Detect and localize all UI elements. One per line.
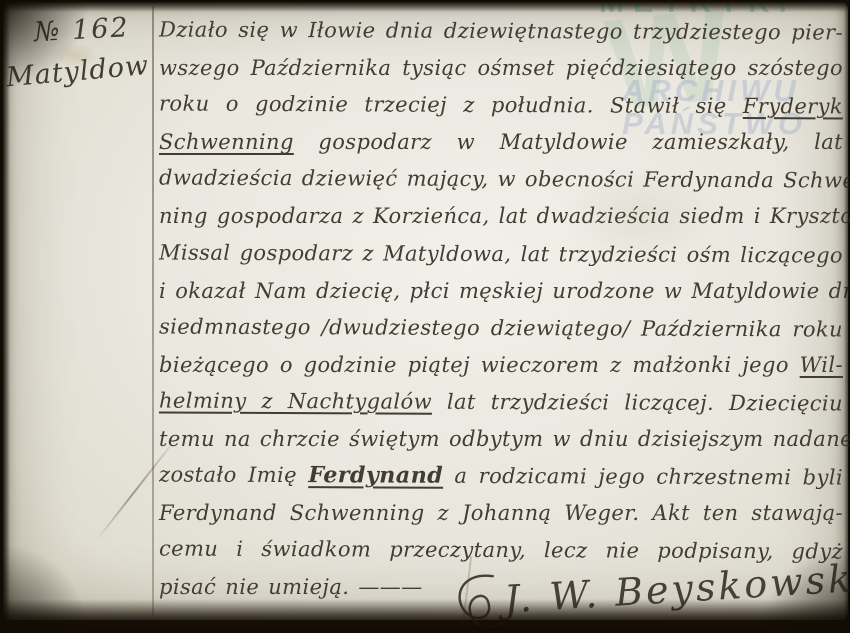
record-line: dwadzieścia dziewięć mający, w obecności… <box>159 160 843 200</box>
record-line-segment: Wil- <box>800 353 843 377</box>
record-line: Działo się w Iłowie dnia dziewiętnastego… <box>159 12 843 52</box>
record-line-segment: roku o godzinie trzeciej z południa. Sta… <box>159 92 743 119</box>
record-line-segment: wszego Października tysiąc ośmset pięćdz… <box>159 56 843 80</box>
record-line: Missal gospodarz z Matyldowa, lat trzydz… <box>159 234 843 274</box>
record-line-segment: lat trzydzieści liczącej. Dziecięciu <box>432 390 843 416</box>
record-line-segment: temu na chrzcie świętym odbytym w dniu d… <box>159 427 850 451</box>
record-line-segment: bieżącego o godzinie piątej wieczorem z … <box>159 353 800 377</box>
record-line: zostało Imię Ferdynand a rodzicami jego … <box>159 457 843 497</box>
scanned-document: W METRYKI ARCHIWU PAŃSTWO № 162 Matyldow… <box>0 0 850 633</box>
record-line-segment: Ferdynand <box>308 462 443 489</box>
record-line-segment: pisać nie umieją. ——— <box>159 575 423 599</box>
record-line-segment: Schwenning <box>159 130 294 154</box>
record-line: Schwenning gospodarz w Matyldowie zamies… <box>159 124 843 161</box>
record-line-segment: i okazał Nam dziecię, płci męskiej urodz… <box>159 279 850 303</box>
record-line: Ferdynand Schwenning z Johanną Weger. Ak… <box>159 495 843 532</box>
record-line: bieżącego o godzinie piątej wieczorem z … <box>159 347 843 384</box>
record-line-segment: Fryderyk <box>743 94 843 118</box>
record-line-segment: Działo się w Iłowie dnia dziewiętnastego… <box>159 18 843 45</box>
record-line: temu na chrzcie świętym odbytym w dniu d… <box>159 421 843 458</box>
record-line: roku o godzinie trzeciej z południa. Sta… <box>159 86 843 126</box>
record-line-segment: a rodzicami jego chrzestnemi byli <box>443 464 843 490</box>
record-line: wszego Października tysiąc ośmset pięćdz… <box>159 50 843 87</box>
record-line-segment: helminy z Nachtygalów <box>159 388 432 413</box>
record-line-segment: siedmnastego /dwudziestego dziewiątego/ … <box>159 314 843 341</box>
signature-flourish-icon <box>446 568 504 633</box>
record-lines: Działo się w Iłowie dnia dziewiętnastego… <box>159 13 843 617</box>
act-number: № 162 <box>33 11 154 48</box>
record-line-segment: ning gospodarza z Korzieńca, lat dwadzie… <box>159 204 850 228</box>
signature-name: J. W. Beyskowski <box>503 555 850 621</box>
record-line-segment: gospodarz w Matyldowie zamieszkały, lat <box>294 130 843 154</box>
record-line-segment: Missal gospodarz z Matyldowa, lat trzydz… <box>159 240 843 267</box>
record-line: helminy z Nachtygalów lat trzydzieści li… <box>159 382 843 422</box>
record-line-segment: zostało Imię <box>159 463 308 488</box>
record-line-segment: Ferdynand Schwenning z Johanną Weger. Ak… <box>159 501 843 525</box>
margin-rule-line <box>152 6 154 617</box>
record-line: i okazał Nam dziecię, płci męskiej urodz… <box>159 273 843 310</box>
record-line: siedmnastego /dwudziestego dziewiątego/ … <box>159 308 843 348</box>
record-line: ning gospodarza z Korzieńca, lat dwadzie… <box>159 198 843 235</box>
record-line-segment: dwadzieścia dziewięć mający, w obecności… <box>159 166 850 193</box>
